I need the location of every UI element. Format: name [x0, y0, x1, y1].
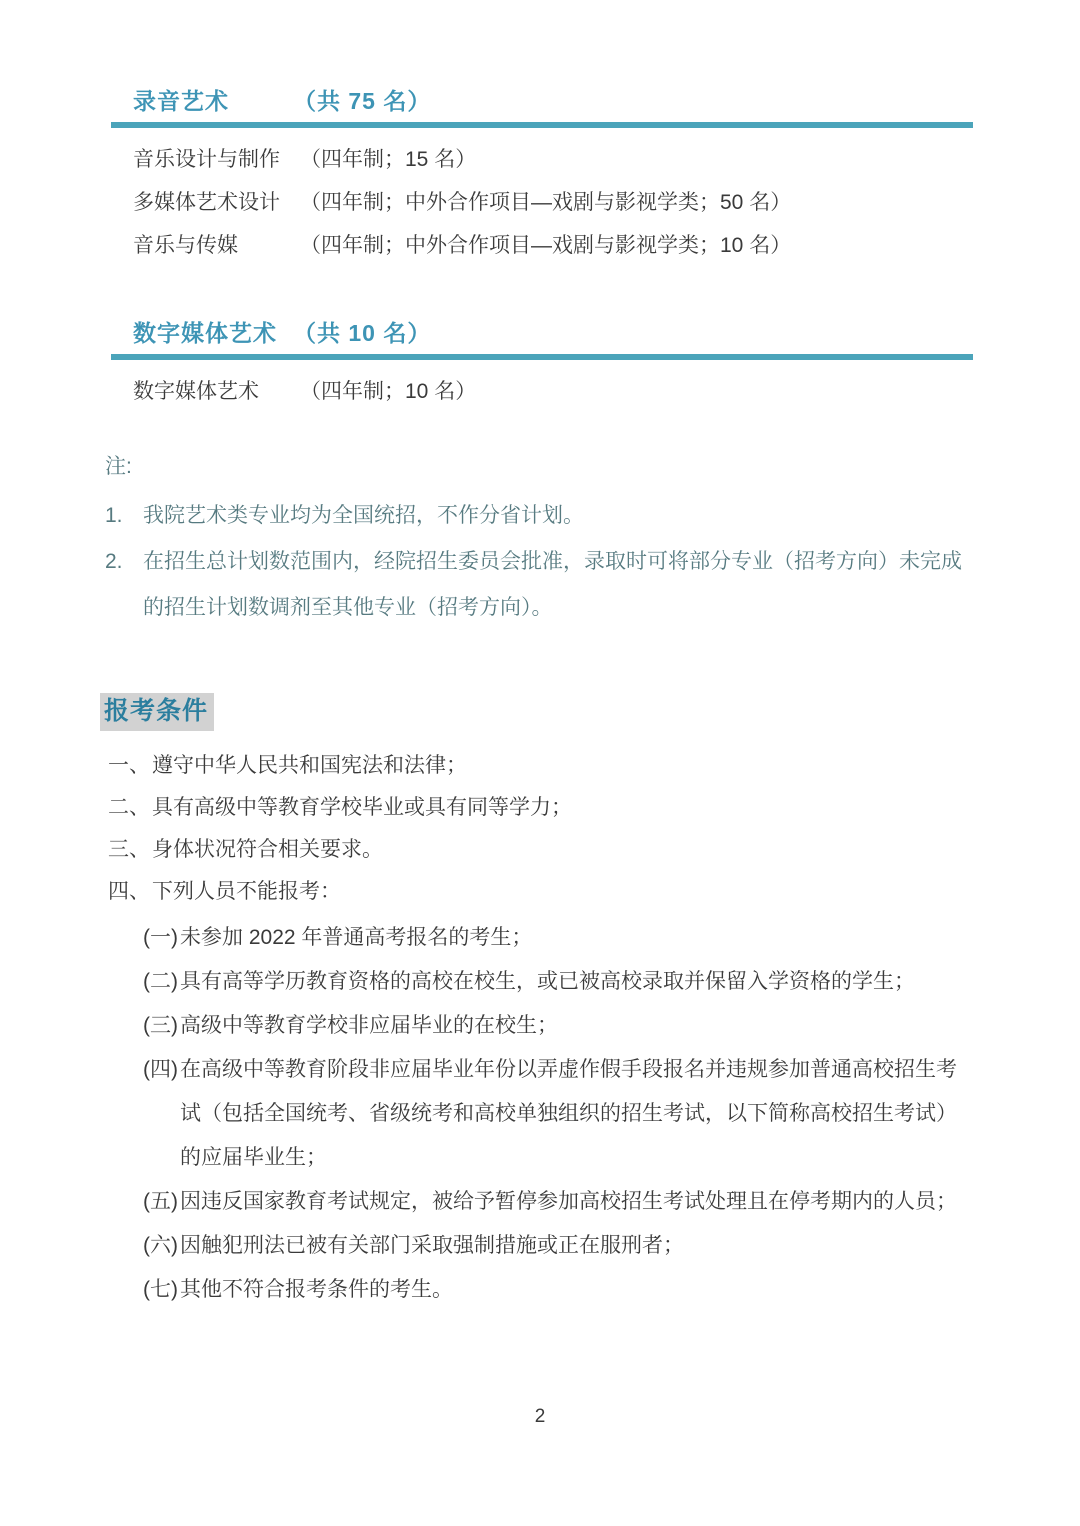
condition-number: 一、 [108, 745, 152, 787]
subitem-text: 因触犯刑法已被有关部门采取强制措施或正在服刑者； [180, 1224, 975, 1268]
program-name: 数字媒体艺术 [133, 381, 300, 403]
condition-number: 四、 [108, 871, 152, 913]
note-item-text: 我院艺术类专业均为全国统招，不作分省计划。 [143, 493, 977, 539]
conditions-list: 一、 遵守中华人民共和国宪法和法律； 二、 具有高级中等教育学校毕业或具有同等学… [108, 745, 973, 913]
program-name: 音乐与传媒 [133, 235, 300, 257]
section-header: 数字媒体艺术 （共 10 名） [111, 320, 973, 347]
note-item-text: 在招生总计划数范围内，经院招生委员会批准，录取时可将部分专业（招考方向）未完成的… [143, 539, 977, 631]
condition-number: 三、 [108, 829, 152, 871]
condition-subitem: (三) 高级中等教育学校非应届毕业的在校生； [143, 1004, 975, 1048]
note-item-number: 2. [105, 539, 143, 631]
subitem-number: (一) [143, 916, 180, 960]
condition-subitem: (四) 在高级中等教育阶段非应届毕业年份以弄虚作假手段报名并违规参加普通高校招生… [143, 1048, 975, 1180]
section-title: 数字媒体艺术 [133, 320, 293, 347]
condition-text: 身体状况符合相关要求。 [152, 829, 973, 871]
subitem-number: (四) [143, 1048, 180, 1180]
condition-text: 具有高级中等教育学校毕业或具有同等学力； [152, 787, 973, 829]
subitem-number: (三) [143, 1004, 180, 1048]
section-recording-arts: 录音艺术 （共 75 名） 音乐设计与制作 （四年制；15 名） 多媒体艺术设计… [111, 88, 973, 257]
subitem-text: 因违反国家教育考试规定，被给予暂停参加高校招生考试处理且在停考期内的人员； [180, 1180, 975, 1224]
document-page: 录音艺术 （共 75 名） 音乐设计与制作 （四年制；15 名） 多媒体艺术设计… [0, 0, 1080, 1526]
condition-subitem: (七) 其他不符合报考条件的考生。 [143, 1268, 975, 1312]
note-item: 1. 我院艺术类专业均为全国统招，不作分省计划。 [105, 493, 977, 539]
program-row: 音乐设计与制作 （四年制；15 名） [111, 149, 973, 171]
program-row: 多媒体艺术设计 （四年制；中外合作项目—戏剧与影视学类；50 名） [111, 192, 973, 214]
conditions-heading: 报考条件 [100, 693, 214, 731]
program-name: 多媒体艺术设计 [133, 192, 300, 214]
condition-number: 二、 [108, 787, 152, 829]
notes-label: 注: [105, 455, 977, 479]
subitem-text: 未参加 2022 年普通高考报名的考生； [180, 916, 975, 960]
subitem-text: 其他不符合报考条件的考生。 [180, 1268, 975, 1312]
program-desc: （四年制；10 名） [300, 381, 476, 403]
condition-subitem: (一) 未参加 2022 年普通高考报名的考生； [143, 916, 975, 960]
notes-block: 注: 1. 我院艺术类专业均为全国统招，不作分省计划。 2. 在招生总计划数范围… [105, 455, 977, 631]
condition-item: 二、 具有高级中等教育学校毕业或具有同等学力； [108, 787, 973, 829]
program-desc: （四年制；中外合作项目—戏剧与影视学类；10 名） [300, 235, 791, 257]
section-divider [111, 122, 973, 128]
subitem-number: (六) [143, 1224, 180, 1268]
note-item: 2. 在招生总计划数范围内，经院招生委员会批准，录取时可将部分专业（招考方向）未… [105, 539, 977, 631]
subitem-text: 高级中等教育学校非应届毕业的在校生； [180, 1004, 975, 1048]
page-number: 2 [0, 1406, 1080, 1428]
condition-item: 三、 身体状况符合相关要求。 [108, 829, 973, 871]
section-quota: （共 10 名） [293, 320, 431, 347]
subitem-number: (二) [143, 960, 180, 1004]
section-quota: （共 75 名） [293, 88, 431, 115]
subitem-text: 在高级中等教育阶段非应届毕业年份以弄虚作假手段报名并违规参加普通高校招生考试（包… [180, 1048, 975, 1180]
section-divider [111, 354, 973, 360]
condition-subitem: (六) 因触犯刑法已被有关部门采取强制措施或正在服刑者； [143, 1224, 975, 1268]
program-name: 音乐设计与制作 [133, 149, 300, 171]
program-desc: （四年制；15 名） [300, 149, 476, 171]
section-digital-media-art: 数字媒体艺术 （共 10 名） 数字媒体艺术 （四年制；10 名） [111, 320, 973, 403]
condition-text: 下列人员不能报考： [152, 871, 973, 913]
condition-text: 遵守中华人民共和国宪法和法律； [152, 745, 973, 787]
condition-item: 四、 下列人员不能报考： [108, 871, 973, 913]
section-title: 录音艺术 [133, 88, 293, 115]
section-header: 录音艺术 （共 75 名） [111, 88, 973, 115]
subitem-text: 具有高等学历教育资格的高校在校生，或已被高校录取并保留入学资格的学生； [180, 960, 975, 1004]
program-row: 音乐与传媒 （四年制；中外合作项目—戏剧与影视学类；10 名） [111, 235, 973, 257]
subitem-number: (五) [143, 1180, 180, 1224]
conditions-sublist: (一) 未参加 2022 年普通高考报名的考生； (二) 具有高等学历教育资格的… [143, 916, 975, 1312]
condition-item: 一、 遵守中华人民共和国宪法和法律； [108, 745, 973, 787]
program-row: 数字媒体艺术 （四年制；10 名） [111, 381, 973, 403]
condition-subitem: (五) 因违反国家教育考试规定，被给予暂停参加高校招生考试处理且在停考期内的人员… [143, 1180, 975, 1224]
note-item-number: 1. [105, 493, 143, 539]
program-desc: （四年制；中外合作项目—戏剧与影视学类；50 名） [300, 192, 791, 214]
subitem-number: (七) [143, 1268, 180, 1312]
condition-subitem: (二) 具有高等学历教育资格的高校在校生，或已被高校录取并保留入学资格的学生； [143, 960, 975, 1004]
